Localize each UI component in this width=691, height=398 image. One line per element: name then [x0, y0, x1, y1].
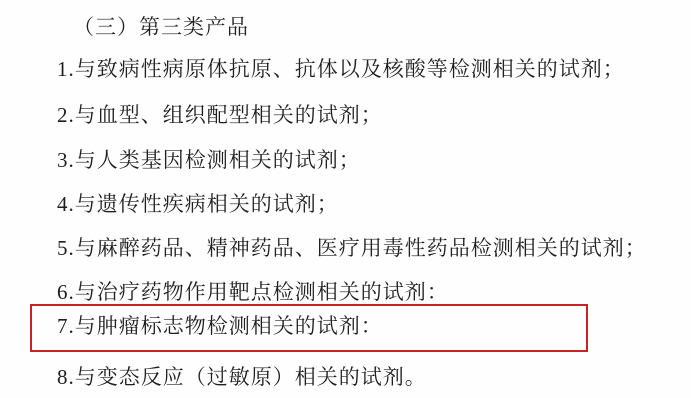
list-item-5: 5.与麻醉药品、精神药品、医疗用毒性药品检测相关的试剂； [57, 232, 647, 262]
list-item-4: 4.与遗传性疾病相关的试剂； [57, 188, 339, 218]
list-item-1: 1.与致病性病原体抗原、抗体以及核酸等检测相关的试剂； [57, 53, 625, 83]
list-item-6: 6.与治疗药物作用靶点检测相关的试剂： [57, 276, 449, 306]
document-page: （三）第三类产品 1.与致病性病原体抗原、抗体以及核酸等检测相关的试剂； 2.与… [0, 0, 691, 398]
list-item-7-highlighted: 7.与肿瘤标志物检测相关的试剂： [57, 310, 383, 340]
list-item-8: 8.与变态反应（过敏原）相关的试剂。 [57, 361, 427, 391]
list-item-2: 2.与血型、组织配型相关的试剂； [57, 99, 383, 129]
section-heading: （三）第三类产品 [73, 11, 249, 41]
list-item-3: 3.与人类基因检测相关的试剂； [57, 144, 361, 174]
